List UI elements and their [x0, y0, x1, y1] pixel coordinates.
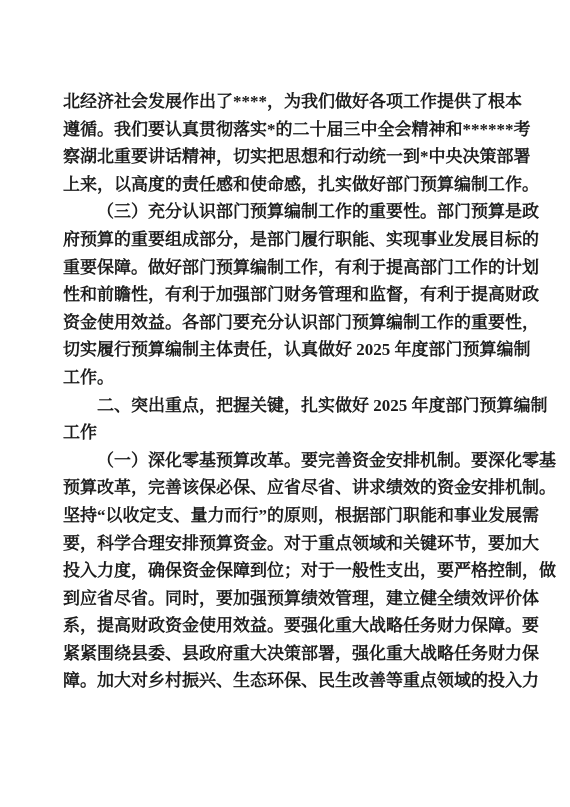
text-line: 资金使用效益。各部门要充分认识部门预算编制工作的重要性，: [63, 309, 510, 337]
text-line: 预算改革，完善该保必保、应省尽省、讲求绩效的资金安排机制。: [63, 474, 510, 502]
text-line: 工作。: [63, 364, 510, 392]
text-line: 性和前瞻性，有利于加强部门财务管理和监督，有利于提高财政: [63, 281, 510, 309]
text-line: 工作: [63, 419, 510, 447]
text-line: 府预算的重要组成部分，是部门履行职能、实现事业发展目标的: [63, 226, 510, 254]
text-line: 紧紧围绕县委、县政府重大决策部署，强化重大战略任务财力保: [63, 640, 510, 668]
text-line: 到应省尽省。同时，要加强预算绩效管理，建立健全绩效评价体: [63, 585, 510, 613]
text-line: 北经济社会发展作出了****，为我们做好各项工作提供了根本: [63, 88, 510, 116]
text-line: 投入力度，确保资金保障到位；对于一般性支出，要严格控制，做: [63, 557, 510, 585]
text-line: 障。加大对乡村振兴、生态环保、民生改善等重点领域的投入力: [63, 667, 510, 695]
section-heading: 二、突出重点，把握关键，扎实做好 2025 年度部门预算编制工作: [63, 392, 510, 447]
text-line: 坚持“以收定支、量力而行”的原则，根据部门职能和事业发展需: [63, 502, 510, 530]
document-text-block: 北经济社会发展作出了****，为我们做好各项工作提供了根本遵循。我们要认真贯彻落…: [63, 88, 510, 695]
text-line: （三）充分认识部门预算编制工作的重要性。部门预算是政: [63, 198, 510, 226]
body-paragraph: （一）深化零基预算改革。要完善资金安排机制。要深化零基预算改革，完善该保必保、应…: [63, 447, 510, 695]
body-paragraph: （三）充分认识部门预算编制工作的重要性。部门预算是政府预算的重要组成部分，是部门…: [63, 198, 510, 391]
body-paragraph: 北经济社会发展作出了****，为我们做好各项工作提供了根本遵循。我们要认真贯彻落…: [63, 88, 510, 198]
text-line: 要，科学合理安排预算资金。对于重点领域和关键环节，要加大: [63, 530, 510, 558]
text-line: 上来，以高度的责任感和使命感，扎实做好部门预算编制工作。: [63, 171, 510, 199]
text-line: 切实履行预算编制主体责任，认真做好 2025 年度部门预算编制: [63, 336, 510, 364]
text-line: 重要保障。做好部门预算编制工作，有利于提高部门工作的计划: [63, 254, 510, 282]
text-line: 察湖北重要讲话精神，切实把思想和行动统一到*中央决策部署: [63, 143, 510, 171]
text-line: （一）深化零基预算改革。要完善资金安排机制。要深化零基: [63, 447, 510, 475]
text-line: 遵循。我们要认真贯彻落实*的二十届三中全会精神和******考: [63, 116, 510, 144]
text-line: 二、突出重点，把握关键，扎实做好 2025 年度部门预算编制: [63, 392, 510, 420]
text-line: 系，提高财政资金使用效益。要强化重大战略任务财力保障。要: [63, 612, 510, 640]
document-page: 北经济社会发展作出了****，为我们做好各项工作提供了根本遵循。我们要认真贯彻落…: [0, 0, 570, 807]
